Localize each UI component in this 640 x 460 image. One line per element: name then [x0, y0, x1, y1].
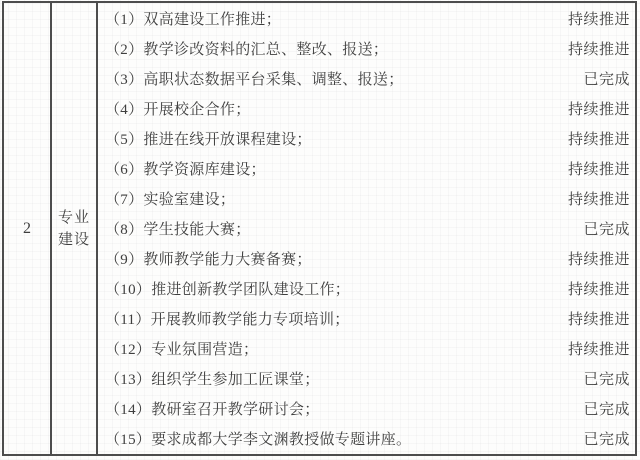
task-status: 已完成	[583, 428, 630, 449]
task-label: （13）组织学生参加工匠课堂；	[105, 368, 320, 389]
task-status: 已完成	[583, 368, 630, 389]
work-plan-table: 2 专业 建设 （1）双高建设工作推进； 持续推进 （2）教学诊改资料的汇总、整…	[2, 1, 637, 456]
task-label: （3）高职状态数据平台采集、调整、报送；	[105, 68, 404, 89]
task-list-cell: （1）双高建设工作推进； 持续推进 （2）教学诊改资料的汇总、整改、报送； 持续…	[98, 3, 635, 454]
scanned-document-page: 2 专业 建设 （1）双高建设工作推进； 持续推进 （2）教学诊改资料的汇总、整…	[0, 0, 640, 460]
task-row: （1）双高建设工作推进； 持续推进	[98, 4, 635, 34]
task-label: （10）推进创新教学团队建设工作；	[105, 278, 350, 299]
task-label: （8）学生技能大赛；	[105, 218, 251, 239]
task-label: （1）双高建设工作推进；	[105, 8, 281, 29]
row-number-cell: 2	[4, 3, 52, 454]
task-label: （6）教学资源库建设；	[105, 158, 266, 179]
task-row: （8）学生技能大赛； 已完成	[98, 214, 635, 244]
task-label: （11）开展教师教学能力专项培训；	[105, 308, 350, 329]
row-number: 2	[23, 220, 31, 238]
task-row: （6）教学资源库建设； 持续推进	[98, 154, 635, 184]
task-row: （3）高职状态数据平台采集、调整、报送； 已完成	[98, 64, 635, 94]
task-status: 持续推进	[568, 308, 630, 329]
task-label: （12）专业氛围营造；	[105, 338, 258, 359]
task-row: （2）教学诊改资料的汇总、整改、报送； 持续推进	[98, 34, 635, 64]
task-label: （4）开展校企合作；	[105, 98, 251, 119]
task-label: （9）教师教学能力大赛备赛；	[105, 248, 312, 269]
task-status: 已完成	[583, 68, 630, 89]
task-row: （9）教师教学能力大赛备赛； 持续推进	[98, 244, 635, 274]
task-status: 持续推进	[568, 248, 630, 269]
task-status: 已完成	[583, 218, 630, 239]
task-label: （15）要求成都大学李文渊教授做专题讲座。	[105, 428, 411, 449]
task-row: （4）开展校企合作； 持续推进	[98, 94, 635, 124]
category-label: 专业 建设	[58, 207, 90, 251]
task-status: 持续推进	[568, 278, 630, 299]
category-line2: 建设	[58, 229, 90, 251]
task-row: （15）要求成都大学李文渊教授做专题讲座。 已完成	[98, 423, 635, 453]
task-status: 持续推进	[568, 8, 630, 29]
task-row: （13）组织学生参加工匠课堂； 已完成	[98, 363, 635, 393]
task-status: 持续推进	[568, 158, 630, 179]
task-status: 持续推进	[568, 338, 630, 359]
task-row: （11）开展教师教学能力专项培训； 持续推进	[98, 303, 635, 333]
task-row: （12）专业氛围营造； 持续推进	[98, 333, 635, 363]
category-line1: 专业	[58, 207, 90, 229]
task-status: 持续推进	[568, 98, 630, 119]
task-label: （14）教研室召开教学研讨会；	[105, 398, 320, 419]
category-cell: 专业 建设	[52, 3, 98, 454]
task-status: 已完成	[583, 398, 630, 419]
task-row: （14）教研室召开教学研讨会； 已完成	[98, 393, 635, 423]
task-row: （5）推进在线开放课程建设； 持续推进	[98, 124, 635, 154]
task-label: （7）实验室建设；	[105, 188, 235, 209]
task-row: （10）推进创新教学团队建设工作； 持续推进	[98, 273, 635, 303]
task-row: （7）实验室建设； 持续推进	[98, 184, 635, 214]
task-status: 持续推进	[568, 188, 630, 209]
task-label: （5）推进在线开放课程建设；	[105, 128, 312, 149]
task-status: 持续推进	[568, 128, 630, 149]
task-label: （2）教学诊改资料的汇总、整改、报送；	[105, 38, 388, 59]
task-status: 持续推进	[568, 38, 630, 59]
